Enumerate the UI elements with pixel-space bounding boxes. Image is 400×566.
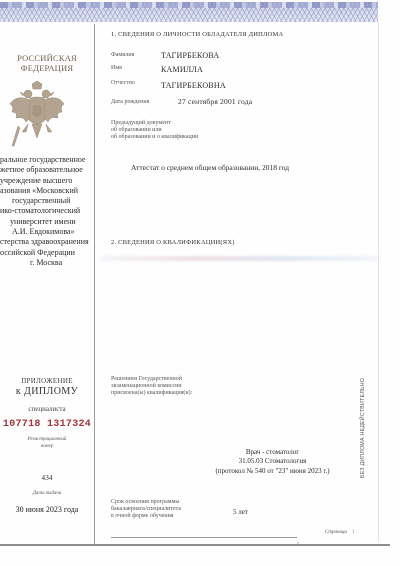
appendix-title-line2: к ДИПЛОМУ: [0, 386, 94, 397]
duration-label: Срок освоения программы бакалавриата/спе…: [111, 499, 181, 521]
prev-doc-label: Предыдущий документ об образовании или о…: [111, 120, 198, 142]
guilloche-ornament-band: [0, 2, 378, 22]
country-name-line1: РОССИЙСКАЯ: [0, 53, 94, 63]
appendix-title-line1: ПРИЛОЖЕНИЕ: [0, 377, 94, 385]
section2-title: 2. СВЕДЕНИЯ О КВАЛИФИКАЦИИ(ЯХ): [111, 239, 235, 246]
university-line: жетное образовательное: [0, 165, 110, 175]
protocol-reference: (протокол № 540 от "23" июня 2023 г.): [0, 467, 400, 476]
invalid-without-diploma-note: БЕЗ ДИПЛОМА НЕДЕЙСТВИТЕЛЬНО: [360, 378, 366, 478]
duration-label-line: в очной форме обучения: [111, 513, 181, 520]
university-line: государственный: [0, 196, 110, 206]
diploma-serial-number: 107718 1317324: [0, 419, 94, 430]
patronymic-label: Отчество: [111, 80, 135, 86]
signature-line: [111, 537, 297, 538]
university-line: стерства здравоохранения: [0, 237, 110, 247]
university-line: г. Москва: [0, 258, 110, 268]
first-name-label: Имя: [111, 65, 122, 71]
scan-mark: п: [297, 540, 299, 545]
specialty-code: 31.05.03 Стоматология: [0, 457, 400, 466]
patronymic-value: ТАГИРБЕКОВНА: [161, 81, 226, 90]
university-line: университет имени: [0, 217, 110, 227]
qualification-title: Врач - стоматолог: [0, 448, 400, 457]
surname-label: Фамилия: [111, 52, 134, 58]
first-name-value: КАМИЛЛА: [161, 65, 203, 74]
section1-title: 1. СВЕДЕНИЯ О ЛИЧНОСТИ ОБЛАДАТЕЛЯ ДИПЛОМ…: [111, 31, 283, 38]
commission-label: Решением Государственной экзаменационной…: [111, 376, 192, 398]
university-line: ико-стоматологический: [0, 206, 110, 216]
university-line: оссийской Федерации: [0, 248, 110, 258]
scan-smear: [100, 256, 380, 261]
page-label: Страница: [325, 530, 347, 535]
country-name-line2: ФЕДЕРАЦИЯ: [0, 63, 94, 73]
education-level: специалиста: [0, 405, 94, 413]
birth-date-value: 27 сентября 2001 года: [178, 97, 252, 106]
surname-value: ТАГИРБЕКОВА: [161, 51, 219, 60]
page-number: 1: [352, 530, 355, 535]
double-headed-eagle-icon: [8, 80, 66, 150]
university-name: ральное государственное жетное образоват…: [0, 155, 110, 268]
commission-label-line: присвоена(ы) квалификация(и):: [111, 390, 192, 397]
university-line: ральное государственное: [0, 155, 110, 165]
university-line: учреждение высшего: [0, 176, 110, 186]
university-line: азования «Московский: [0, 186, 110, 196]
page-bottom-edge: [0, 544, 390, 546]
reg-number-label-line1: Регистрационный: [0, 436, 94, 443]
duration-value: 5 лет: [233, 508, 248, 516]
birth-date-label: Дата рождения: [111, 99, 149, 105]
prev-doc-label-line: об образовании и о квалификации: [111, 134, 198, 141]
issue-date-value: 30 июня 2023 года: [0, 505, 94, 514]
prev-doc-value: Аттестат о среднем общем образовании, 20…: [131, 163, 289, 172]
qualification-block: Врач - стоматолог 31.05.03 Стоматология …: [0, 448, 400, 476]
diploma-supplement-page: РОССИЙСКАЯ ФЕДЕРАЦИЯ ральное государстве: [0, 0, 400, 566]
university-line: А.И. Евдокимова»: [0, 227, 110, 237]
issue-date-label: Дата выдачи: [0, 491, 94, 496]
